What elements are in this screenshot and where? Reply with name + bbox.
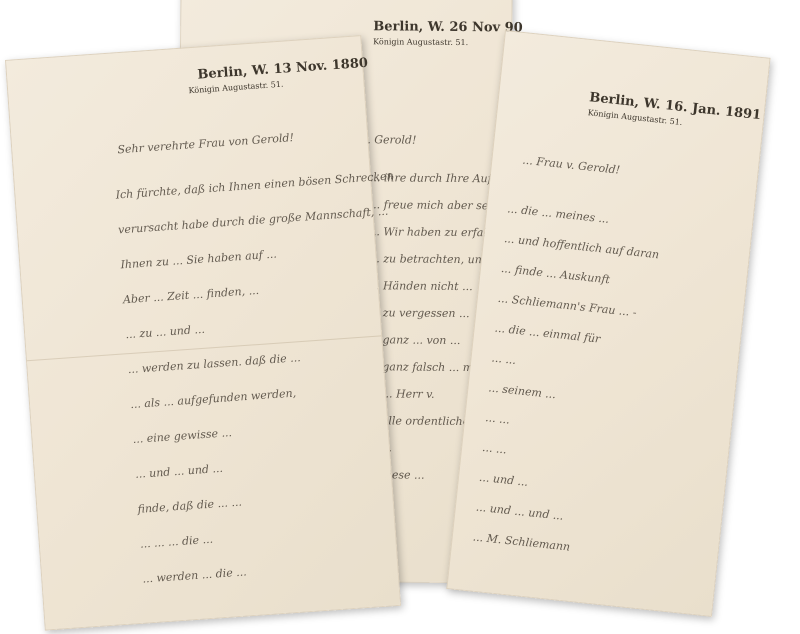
handwriting-line: ... zu vergessen ...	[369, 306, 470, 320]
handwriting-line: ... Händen nicht ...	[369, 279, 473, 293]
handwriting-line: ... und hoffentlich auf daran	[504, 232, 660, 261]
salutation: ... Frau v. Gerold!	[522, 154, 621, 177]
handwriting-line: Ich fürchte, daß ich Ihnen einen bösen S…	[115, 169, 394, 201]
handwriting-line: Aber ... Zeit ... finden, ...	[123, 284, 260, 306]
handwriting-line: ... werden ... die ...	[142, 565, 247, 585]
handwriting-line: ... finde ... Auskunft	[500, 262, 610, 286]
handwriting-line: ... ...	[482, 441, 508, 456]
signature: ... M. Schliemann	[472, 530, 571, 553]
handwriting-line: finde, daß die ... ...	[137, 496, 242, 516]
handwriting-line: ... als ... aufgefunden werden,	[130, 387, 297, 412]
salutation: Sehr verehrte Frau von Gerold!	[117, 131, 294, 156]
letterhead-address: Königin Augustastr. 51.	[373, 37, 468, 47]
handwriting-line: ... zu ... und ...	[125, 323, 205, 342]
handwriting-line: ... werden zu lassen. daß die ...	[127, 351, 301, 376]
handwriting-line: ... seinem ...	[488, 381, 557, 401]
letter-front: Berlin, W. 13 Nov. 1880 Königin Augustas…	[5, 35, 401, 631]
handwriting-line: ... Schliemann's Frau ... -	[497, 292, 637, 319]
letter-right: Berlin, W. 16. Jan. 1891 Königin Augusta…	[446, 30, 770, 617]
handwriting-line: ... ... ... die ...	[140, 533, 214, 551]
handwriting-line: verursacht habe durch die große Mannscha…	[118, 205, 389, 237]
handwriting-line: ... und ...	[478, 471, 528, 489]
handwriting-line: ... ganz falsch ... mit	[368, 360, 481, 374]
handwriting-line: ... ...	[491, 351, 517, 366]
handwriting-line: Ihnen zu ... Sie haben auf ...	[120, 248, 277, 272]
handwriting-line: ... die ... meines ...	[507, 202, 610, 226]
handwriting-line: ... eine gewisse ...	[132, 426, 232, 446]
handwriting-line: ... ...	[485, 411, 511, 426]
letterhead-city-date: Berlin, W. 13 Nov. 1880	[197, 56, 368, 83]
handwriting-line: ... und ... und ...	[135, 462, 224, 481]
handwriting-line: ... und ... und ...	[475, 501, 564, 523]
handwriting-line: ... die ... einmal für	[494, 322, 601, 346]
letterhead-city-date: Berlin, W. 26 Nov 90	[373, 19, 523, 35]
